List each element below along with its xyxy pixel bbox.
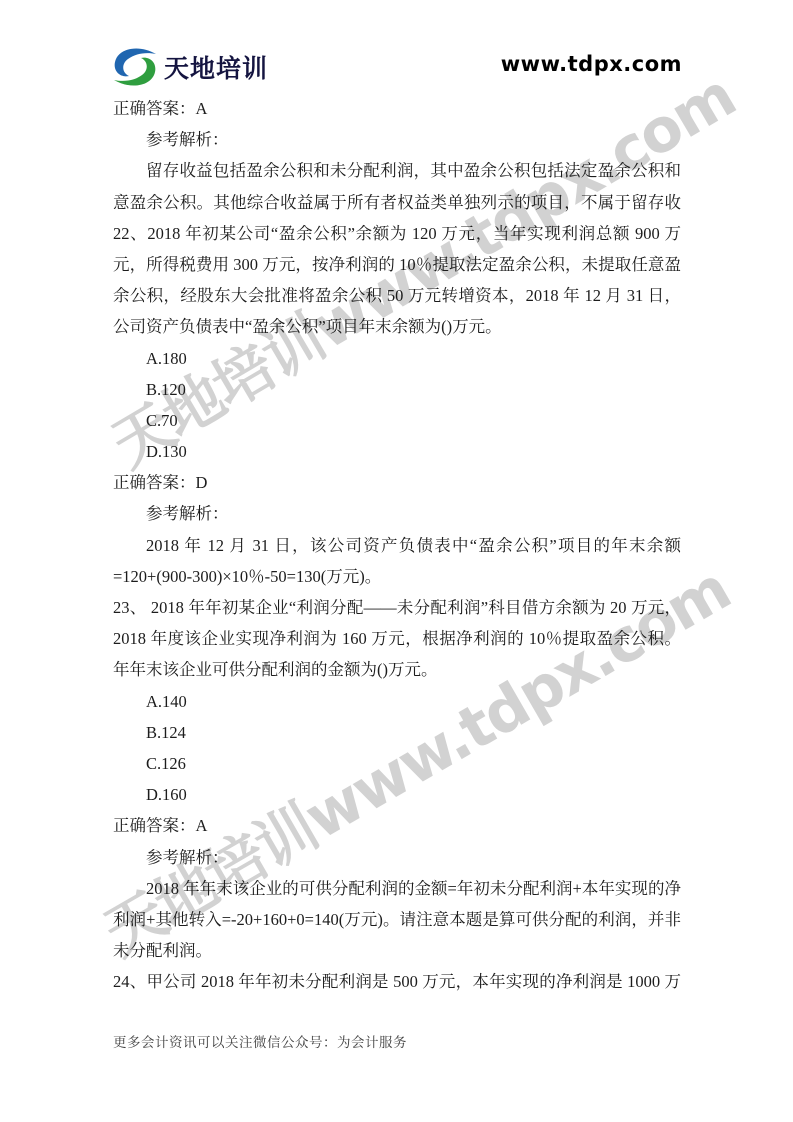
text-line: 参考解析：	[113, 124, 681, 155]
text-line: B.120	[113, 374, 681, 405]
text-line: 公司资产负债表中“盈余公积”项目年末余额为()万元。	[113, 311, 681, 342]
text-line: 23、 2018 年年初某企业“利润分配——未分配利润”科目借方余额为 20 万…	[113, 592, 681, 623]
logo: 天地培训	[112, 47, 268, 87]
text-line: A.140	[113, 686, 681, 717]
site-url-text: www.tdpx.com	[501, 52, 682, 76]
text-line: 2018 年 12 月 31 日，该公司资产负债表中“盈余公积”项目的年末余额	[113, 530, 681, 561]
text-line: 正确答案：A	[113, 810, 681, 841]
content-lines: 正确答案：A参考解析：留存收益包括盈余公积和未分配利润，其中盈余公积包括法定盈余…	[113, 93, 681, 997]
text-line: =120+(900-300)×10％-50=130(万元)。	[113, 561, 681, 592]
text-line: B.124	[113, 717, 681, 748]
text-line: D.130	[113, 436, 681, 467]
text-line: 正确答案：D	[113, 467, 681, 498]
text-line: A.180	[113, 343, 681, 374]
text-line: C.70	[113, 405, 681, 436]
text-line: C.126	[113, 748, 681, 779]
text-line: 未分配利润。	[113, 935, 681, 966]
text-line: 参考解析：	[113, 842, 681, 873]
text-line: 参考解析：	[113, 498, 681, 529]
footer-note: 更多会计资讯可以关注微信公众号：为会计服务	[113, 1031, 407, 1051]
page-header: 天地培训 www.tdpx.com	[0, 0, 793, 95]
text-line: 24、甲公司 2018 年年初未分配利润是 500 万元，本年实现的净利润是 1…	[113, 966, 681, 997]
text-line: 利润+其他转入=-20+160+0=140(万元)。请注意本题是算可供分配的利润…	[113, 904, 681, 935]
tdpx-logo-icon	[112, 47, 158, 87]
document-page: 天地培训www.tdpx.com 天地培训www.tdpx.com 天地培训 w…	[0, 0, 793, 1122]
text-line: 余公积，经股东大会批准将盈余公积 50 万元转增资本，2018 年 12 月 3…	[113, 280, 681, 311]
text-line: 留存收益包括盈余公积和未分配利润，其中盈余公积包括法定盈余公积和任	[113, 155, 681, 186]
text-line: 意盈余公积。其他综合收益属于所有者权益类单独列示的项目，不属于留存收益。	[113, 187, 681, 218]
text-line: 年年末该企业可供分配利润的金额为()万元。	[113, 654, 681, 685]
text-line: 元，所得税费用 300 万元，按净利润的 10％提取法定盈余公积，未提取任意盈	[113, 249, 681, 280]
text-line: D.160	[113, 779, 681, 810]
text-line: 2018 年度该企业实现净利润为 160 万元，根据净利润的 10％提取盈余公积…	[113, 623, 681, 654]
text-line: 2018 年年末该企业的可供分配利润的金额=年初未分配利润+本年实现的净	[113, 873, 681, 904]
text-line: 22、2018 年初某公司“盈余公积”余额为 120 万元，当年实现利润总额 9…	[113, 218, 681, 249]
logo-text: 天地培训	[164, 49, 268, 85]
text-line: 正确答案：A	[113, 93, 681, 124]
